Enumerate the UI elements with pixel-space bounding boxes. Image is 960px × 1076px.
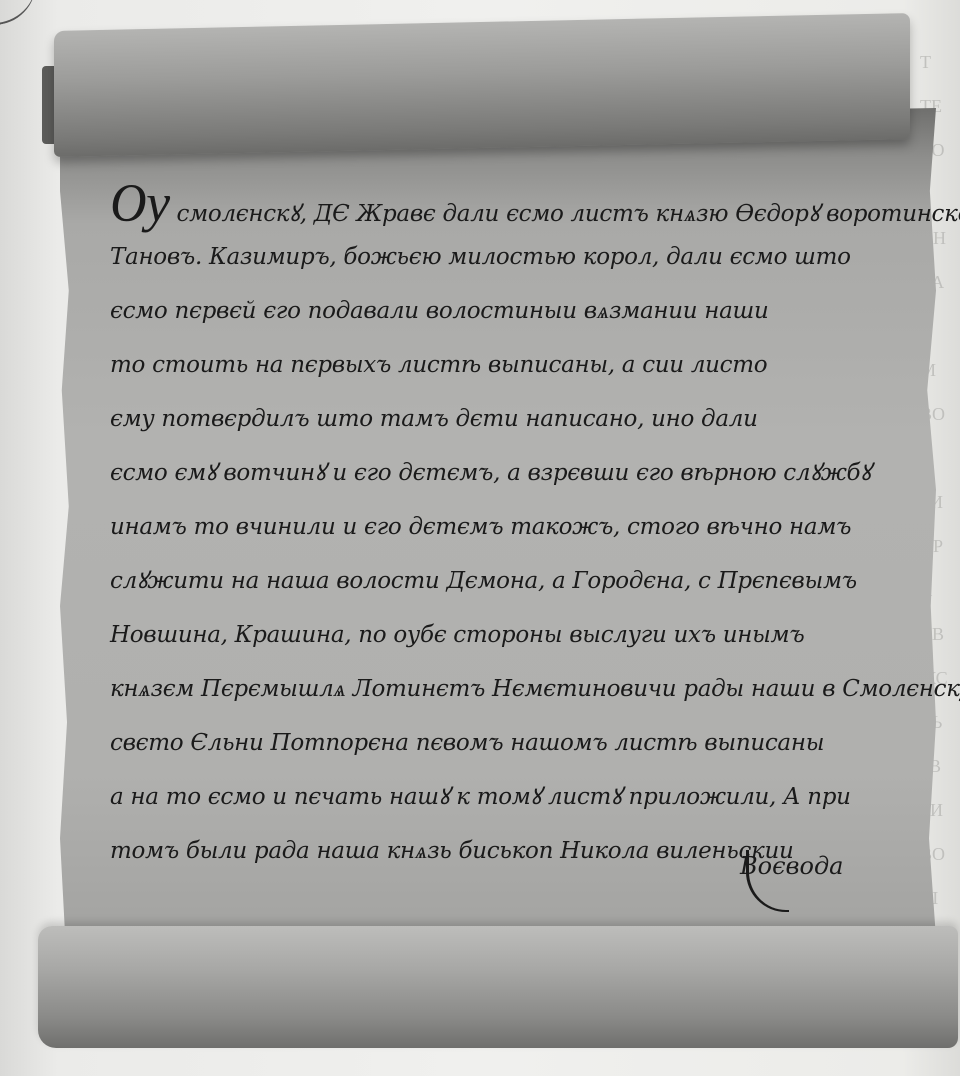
bottom-scroll-roll [38,926,958,1048]
manuscript-line: слꙋжити на наша волости Дємона, а Городє… [110,554,930,608]
top-scroll-roll [54,13,910,157]
manuscript-line: єму потвєрдилъ што тамъ дєти написано, и… [110,392,930,446]
manuscript-line: инамъ то вчинили и єго дєтємъ такожъ, ст… [110,500,930,554]
manuscript-text: Ѹ смолєнскꙋ, ДЄ Жравє дали єсмо листъ кн… [110,176,930,878]
manuscript-line: то стоить на пєрвыхъ листѣ выписаны, а с… [110,338,930,392]
manuscript-line: Ѹ смолєнскꙋ, ДЄ Жравє дали єсмо листъ кн… [110,176,930,230]
manuscript-line: свєто Єльни Потпорєна пєвомъ нашомъ лист… [110,716,930,770]
manuscript-line: єсмо ємꙋ вотчинꙋ и єго дєтємъ, а взрєвши… [110,446,930,500]
manuscript-line: єсмо пєрвєй єго подавали волостиныи вѧзм… [110,284,930,338]
manuscript-line: кнѧзєм Пєрємышлѧ Лотинєтъ Нємєтиновичи р… [110,662,930,716]
manuscript-line: а на то єсмо и пєчать нашꙋ к томꙋ листꙋ … [110,770,930,824]
signature: Воєвода [740,852,843,880]
manuscript-line: Тановъ. Казимиръ, божьєю милостью корол,… [110,230,930,284]
manuscript-line: Новшина, Крашина, по оубє стороны выслуг… [110,608,930,662]
